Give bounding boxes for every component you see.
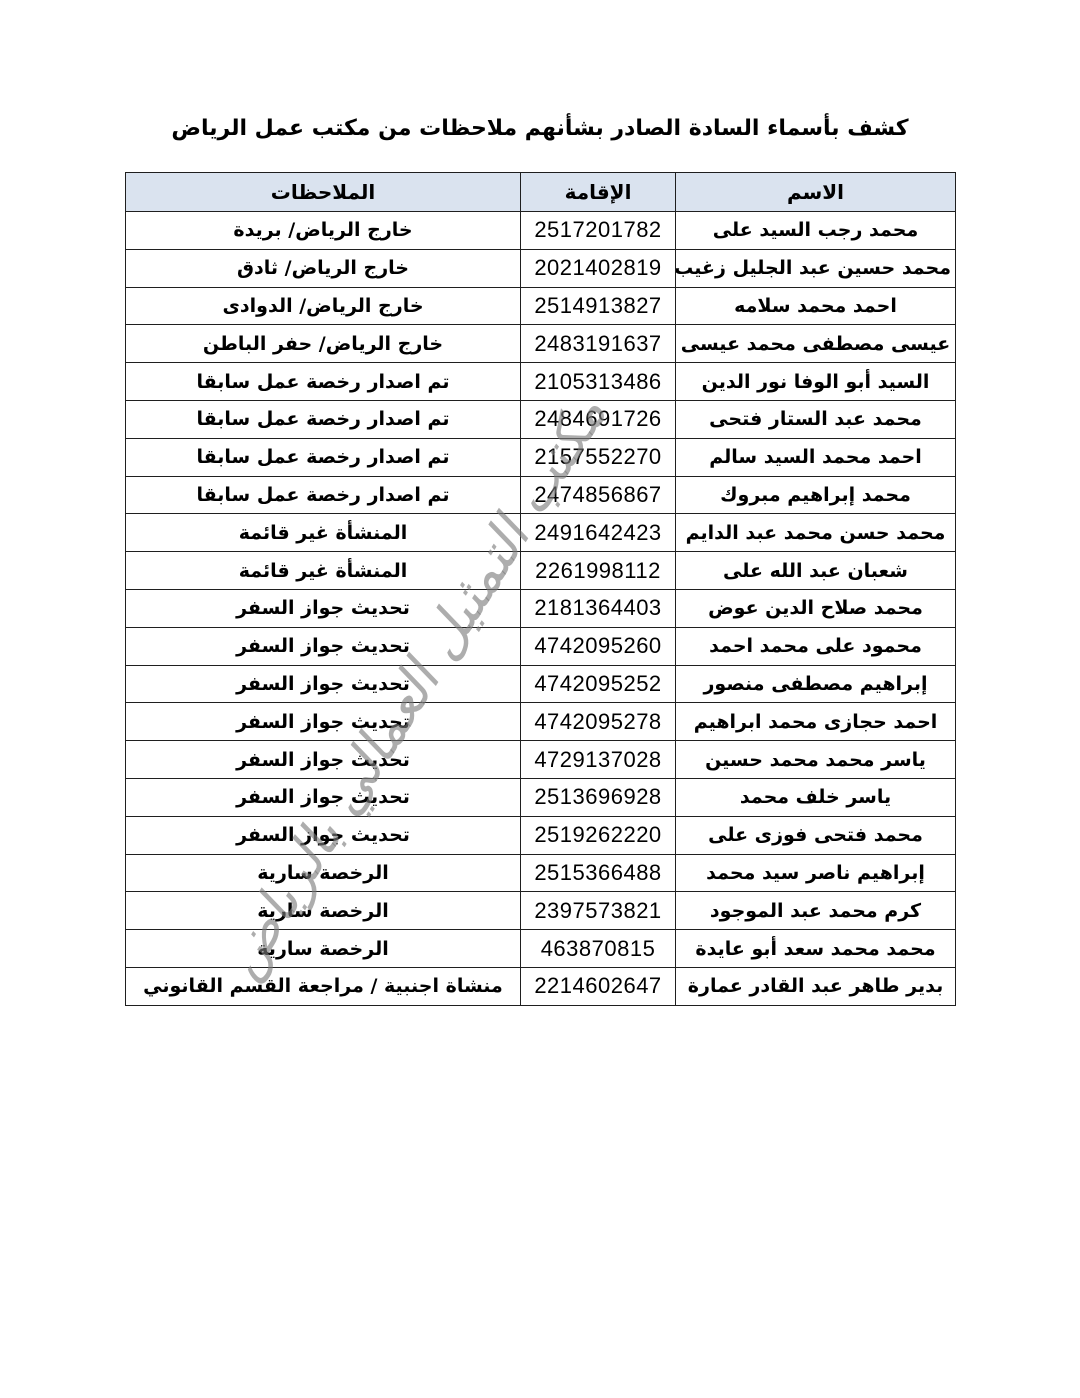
cell-name: محمد محمد سعد أبو عايدة: [676, 930, 956, 968]
cell-notes: تحديث جواز السفر: [126, 778, 521, 816]
header-name: الاسم: [676, 173, 956, 212]
cell-name: كرم محمد عبد الموجود: [676, 892, 956, 930]
cell-notes: خارج الرياض/ حفر الباطن: [126, 325, 521, 363]
table-row: إبراهيم مصطفى منصور 4742095252 تحديث جوا…: [126, 665, 956, 703]
table-header: الاسم الإقامة الملاحظات: [126, 173, 956, 212]
cell-name: محمد عبد الستار فتحى: [676, 400, 956, 438]
header-residence: الإقامة: [521, 173, 676, 212]
table-row: بدير طاهر عبد القادر عمارة 2214602647 من…: [126, 967, 956, 1005]
cell-residence: 4742095278: [521, 703, 676, 741]
cell-notes: خارج الرياض/ ثادق: [126, 249, 521, 287]
cell-notes: تحديث جواز السفر: [126, 589, 521, 627]
cell-name: ياسر محمد محمد حسين: [676, 741, 956, 779]
cell-name: محمد حسن محمد عبد الدايم: [676, 514, 956, 552]
cell-residence: 463870815: [521, 930, 676, 968]
cell-name: ياسر خلف محمد: [676, 778, 956, 816]
table-row: كرم محمد عبد الموجود 2397573821 الرخصة س…: [126, 892, 956, 930]
cell-residence: 4742095260: [521, 627, 676, 665]
cell-residence: 2483191637: [521, 325, 676, 363]
cell-residence: 2397573821: [521, 892, 676, 930]
table-row: ياسر خلف محمد 2513696928 تحديث جواز السف…: [126, 778, 956, 816]
cell-notes: الرخصة سارية: [126, 854, 521, 892]
table-row: عيسى مصطفى محمد عيسى 2483191637 خارج الر…: [126, 325, 956, 363]
cell-notes: خارج الرياض/ الدوادى: [126, 287, 521, 325]
cell-name: بدير طاهر عبد القادر عمارة: [676, 967, 956, 1005]
cell-notes: خارج الرياض/ بريدة: [126, 212, 521, 250]
table-body: محمد رجب السيد على 2517201782 خارج الريا…: [126, 212, 956, 1006]
cell-name: عيسى مصطفى محمد عيسى: [676, 325, 956, 363]
cell-residence: 4742095252: [521, 665, 676, 703]
cell-name: محمد حسين عبد الجليل زغيب: [676, 249, 956, 287]
cell-name: محمد فتحى فوزى على: [676, 816, 956, 854]
cell-notes: منشاة اجنبية / مراجعة القسم القانوني: [126, 967, 521, 1005]
cell-residence: 2513696928: [521, 778, 676, 816]
table-row: محمود على محمد احمد 4742095260 تحديث جوا…: [126, 627, 956, 665]
cell-name: شعبان عبد الله على: [676, 552, 956, 590]
cell-residence: 2514913827: [521, 287, 676, 325]
cell-name: إبراهيم مصطفى منصور: [676, 665, 956, 703]
table-row: احمد محمد السيد سالم 2157552270 تم اصدار…: [126, 438, 956, 476]
cell-residence: 2181364403: [521, 589, 676, 627]
cell-name: محمد صلاح الدين عوض: [676, 589, 956, 627]
cell-notes: تم اصدار رخصة عمل سابقا: [126, 363, 521, 401]
page-title: كشف بأسماء السادة الصادر بشأنهم ملاحظات …: [125, 116, 955, 141]
document-page: كشف بأسماء السادة الصادر بشأنهم ملاحظات …: [0, 0, 1080, 1398]
cell-notes: تحديث جواز السفر: [126, 816, 521, 854]
table-row: محمد حسن محمد عبد الدايم 2491642423 المن…: [126, 514, 956, 552]
cell-residence: 2519262220: [521, 816, 676, 854]
table-row: محمد إبراهيم مبروك 2474856867 تم اصدار ر…: [126, 476, 956, 514]
table-row: احمد محمد سلامه 2514913827 خارج الرياض/ …: [126, 287, 956, 325]
cell-residence: 2484691726: [521, 400, 676, 438]
cell-name: محمود على محمد احمد: [676, 627, 956, 665]
cell-residence: 2517201782: [521, 212, 676, 250]
cell-name: محمد إبراهيم مبروك: [676, 476, 956, 514]
cell-residence: 2261998112: [521, 552, 676, 590]
cell-notes: تحديث جواز السفر: [126, 741, 521, 779]
table-row: السيد أبو الوفا نور الدين 2105313486 تم …: [126, 363, 956, 401]
cell-notes: الرخصة سارية: [126, 892, 521, 930]
table-row: محمد فتحى فوزى على 2519262220 تحديث جواز…: [126, 816, 956, 854]
table-row: محمد حسين عبد الجليل زغيب 2021402819 خار…: [126, 249, 956, 287]
cell-notes: تحديث جواز السفر: [126, 665, 521, 703]
table-row: شعبان عبد الله على 2261998112 المنشأة غي…: [126, 552, 956, 590]
cell-residence: 2474856867: [521, 476, 676, 514]
table-row: احمد حجازى محمد ابراهيم 4742095278 تحديث…: [126, 703, 956, 741]
cell-residence: 2105313486: [521, 363, 676, 401]
cell-residence: 2214602647: [521, 967, 676, 1005]
notices-table: الاسم الإقامة الملاحظات محمد رجب السيد ع…: [125, 172, 956, 1006]
cell-name: محمد رجب السيد على: [676, 212, 956, 250]
cell-notes: المنشأة غير قائمة: [126, 514, 521, 552]
cell-name: احمد حجازى محمد ابراهيم: [676, 703, 956, 741]
table-row: محمد محمد سعد أبو عايدة 463870815 الرخصة…: [126, 930, 956, 968]
cell-name: احمد محمد سلامه: [676, 287, 956, 325]
cell-notes: تحديث جواز السفر: [126, 627, 521, 665]
table-header-row: الاسم الإقامة الملاحظات: [126, 173, 956, 212]
table-row: ياسر محمد محمد حسين 4729137028 تحديث جوا…: [126, 741, 956, 779]
cell-name: احمد محمد السيد سالم: [676, 438, 956, 476]
cell-notes: تم اصدار رخصة عمل سابقا: [126, 400, 521, 438]
cell-residence: 2491642423: [521, 514, 676, 552]
cell-residence: 2157552270: [521, 438, 676, 476]
cell-name: السيد أبو الوفا نور الدين: [676, 363, 956, 401]
cell-notes: الرخصة سارية: [126, 930, 521, 968]
table-row: محمد رجب السيد على 2517201782 خارج الريا…: [126, 212, 956, 250]
cell-residence: 2515366488: [521, 854, 676, 892]
cell-notes: تم اصدار رخصة عمل سابقا: [126, 476, 521, 514]
cell-notes: تم اصدار رخصة عمل سابقا: [126, 438, 521, 476]
table-row: محمد عبد الستار فتحى 2484691726 تم اصدار…: [126, 400, 956, 438]
cell-name: إبراهيم ناصر سيد محمد: [676, 854, 956, 892]
table-row: إبراهيم ناصر سيد محمد 2515366488 الرخصة …: [126, 854, 956, 892]
cell-residence: 2021402819: [521, 249, 676, 287]
table-row: محمد صلاح الدين عوض 2181364403 تحديث جوا…: [126, 589, 956, 627]
cell-notes: تحديث جواز السفر: [126, 703, 521, 741]
cell-notes: المنشأة غير قائمة: [126, 552, 521, 590]
cell-residence: 4729137028: [521, 741, 676, 779]
header-notes: الملاحظات: [126, 173, 521, 212]
